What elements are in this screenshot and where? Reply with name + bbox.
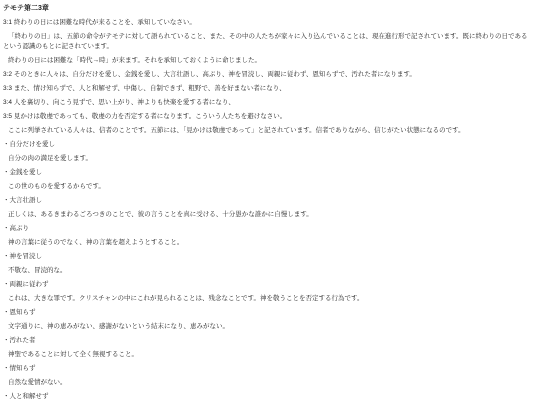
verse-3-3: 3:3 また、情け知らずで、人と和解せず、中傷し、自制できず、粗野で、善を好まな…	[3, 84, 532, 94]
bullet-item: ・情知らず	[3, 364, 532, 374]
commentary-paragraph: ここに列挙されている人々は、信者のことです。五節には、「見かけは敬虔であって」と…	[3, 126, 532, 136]
bullet-item: ・恩知らず	[3, 308, 532, 318]
bullet-description: 神聖であることに対して全く無視すること。	[3, 350, 532, 360]
bullet-item: ・大言壮語し	[3, 196, 532, 206]
bullet-description: 文字通りに、神の恵みがない、感謝がないという結末になり、恵みがない。	[3, 322, 532, 332]
document-page: テモテ第二3章 3:1 終わりの日には困難な時代が来ることを、承知していなさい。…	[0, 0, 540, 402]
bullet-description: 不敬な、冒涜的な。	[3, 266, 532, 276]
bullet-description: 神の言葉に従うのでなく、神の言葉を超えようとすること。	[3, 238, 532, 248]
verse-3-5: 3:5 見かけは敬虔であっても、敬虔の力を否定する者になります。こういう人たちを…	[3, 112, 532, 122]
bullet-description: 正しくは、あるきまわるごろつきのことで、彼の言うことを真に受ける、十分愚かな誰か…	[3, 210, 532, 220]
verse-3-2: 3:2 そのときに人々は、自分だけを愛し、金銭を愛し、大言壮語し、高ぶり、神を冒…	[3, 70, 532, 80]
bullet-description: 自然な愛情がない。	[3, 378, 532, 388]
bullet-item: ・汚れた者	[3, 336, 532, 346]
verse-3-4: 3:4 人を裏切り、向こう見ずで、思い上がり、神よりも快楽を愛する者になり、	[3, 98, 532, 108]
bullet-item: ・自分だけを愛し	[3, 140, 532, 150]
bullet-item: ・神を冒涜し	[3, 252, 532, 262]
bullet-description: これは、大きな罪です。クリスチャンの中にこれが見られることは、残念なことです。神…	[3, 294, 532, 304]
verse-3-1: 3:1 終わりの日には困難な時代が来ることを、承知していなさい。	[3, 18, 532, 28]
chapter-title: テモテ第二3章	[3, 4, 532, 14]
bullet-description: 自分の肉の満足を愛します。	[3, 154, 532, 164]
bullet-item: ・人と和解せず	[3, 392, 532, 402]
bullet-item: ・高ぶり	[3, 224, 532, 234]
commentary-paragraph: 「終わりの日」は、五節の命令がテモテに対して語られていること、また、その中の人た…	[3, 32, 532, 52]
bullet-description: この世のものを愛するからです。	[3, 182, 532, 192]
commentary-paragraph: 終わりの日には困難な「時代→時」が来ます。それを承知しておくように命じました。	[3, 56, 532, 66]
bullet-item: ・両親に従わず	[3, 280, 532, 290]
bullet-item: ・金銭を愛し	[3, 168, 532, 178]
